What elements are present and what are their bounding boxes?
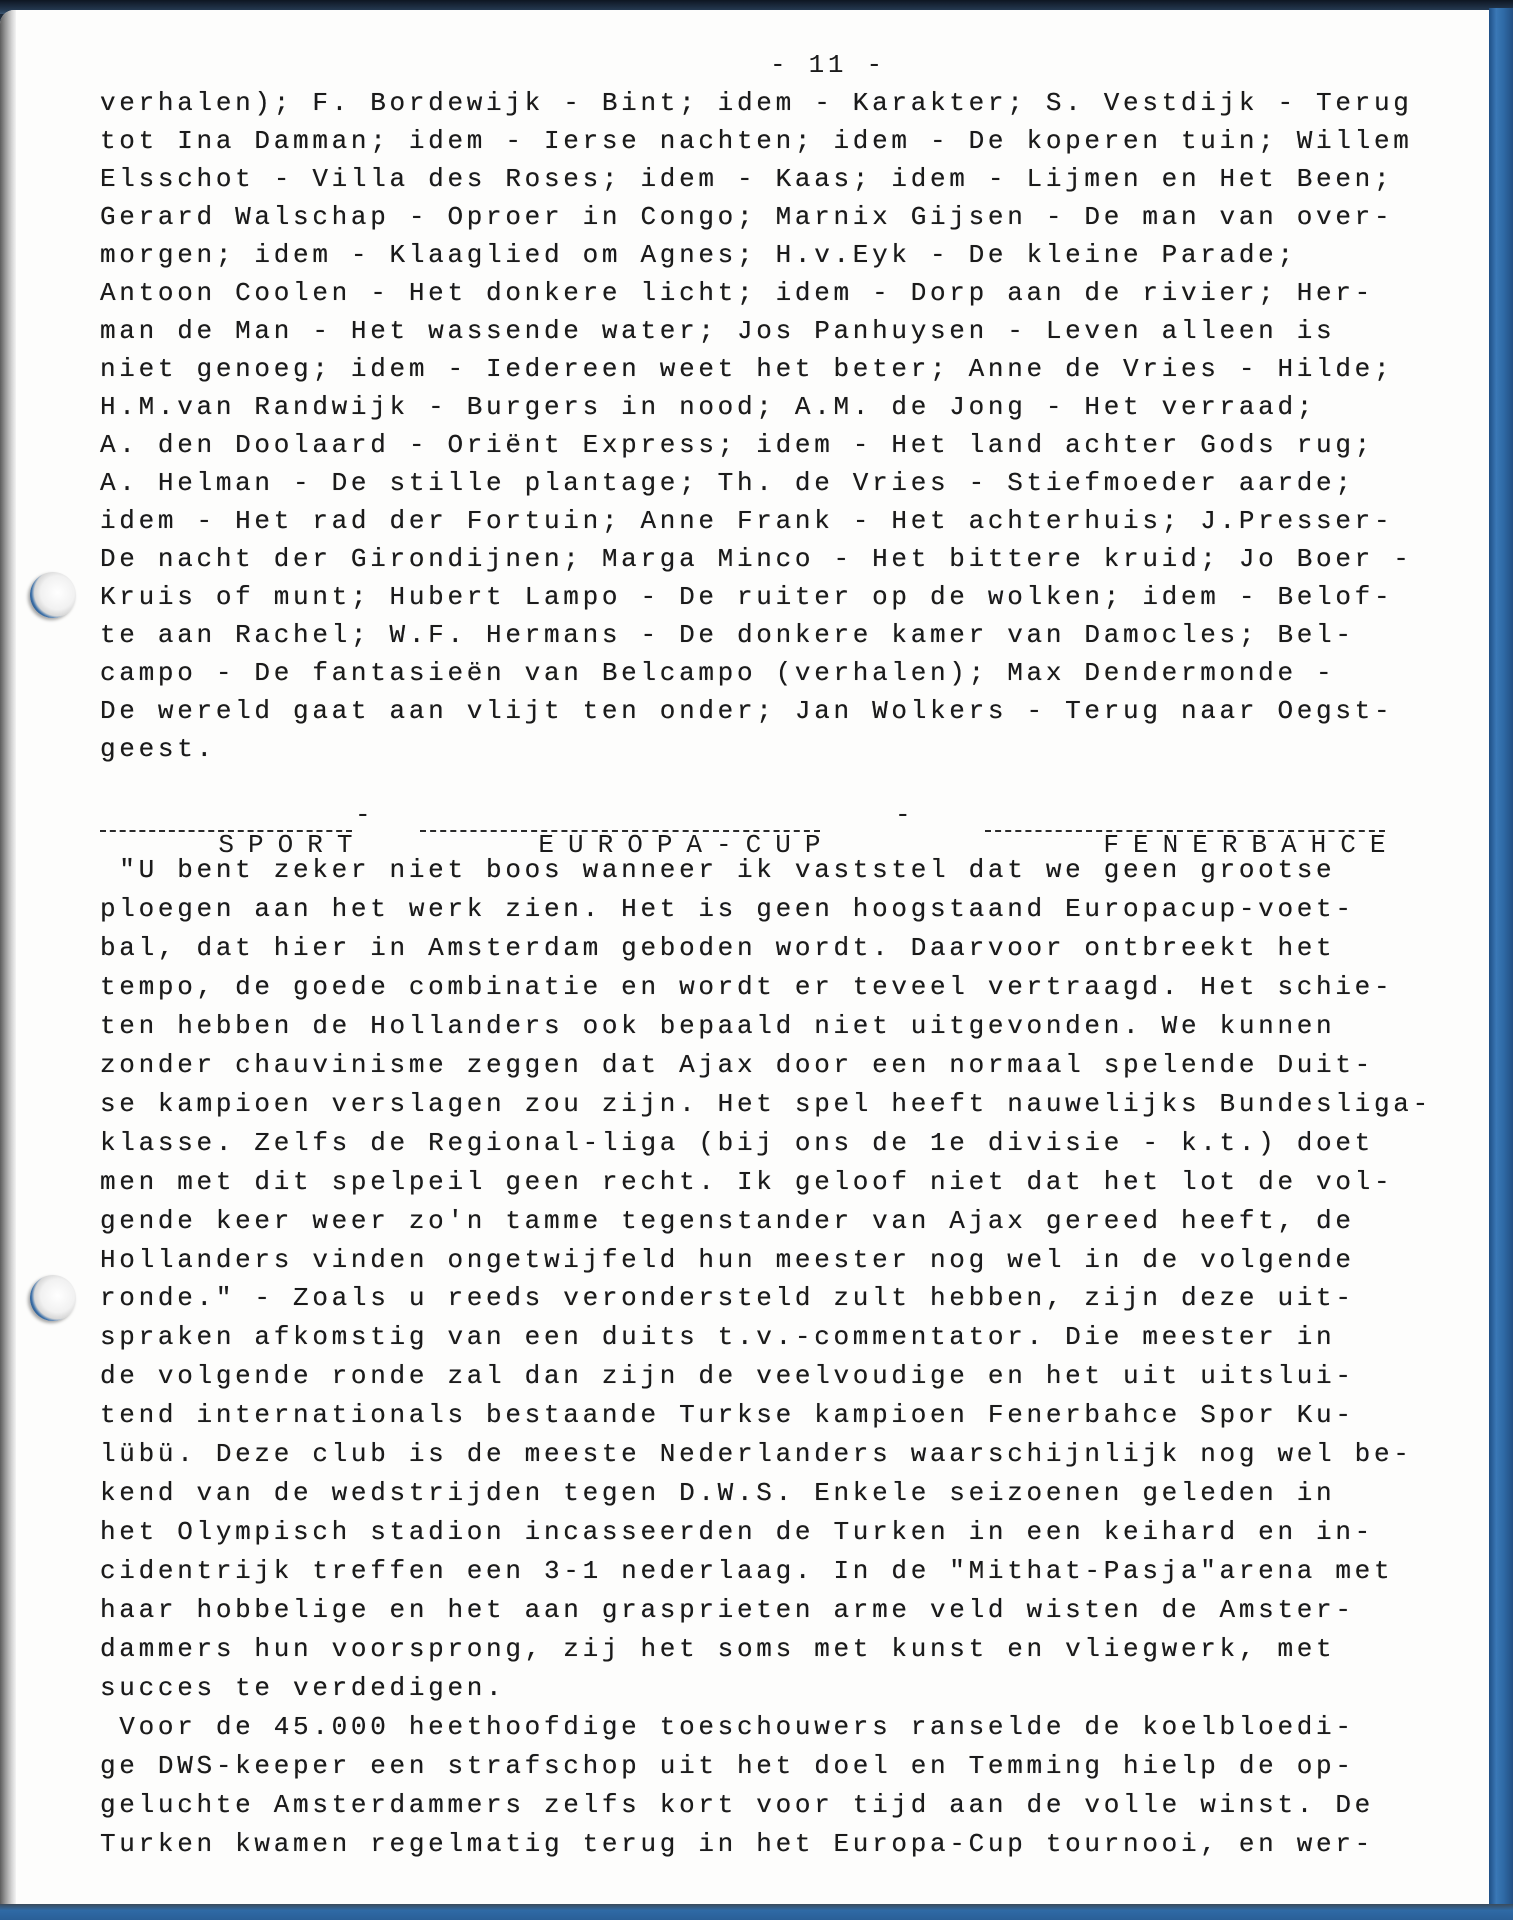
- page-text: - 11 - verhalen); F. Bordewijk - Bint; i…: [0, 0, 1513, 1920]
- text-line: bal, dat hier in Amsterdam geboden wordt…: [100, 933, 1335, 963]
- text-line: geluchte Amsterdammers zelfs kort voor t…: [100, 1790, 1374, 1820]
- text-line: H.M.van Randwijk - Burgers in nood; A.M.…: [100, 392, 1316, 422]
- text-line: te aan Rachel; W.F. Hermans - De donkere…: [100, 620, 1355, 650]
- text-line: ronde." - Zoals u reeds verondersteld zu…: [100, 1283, 1355, 1313]
- heading-underline: [100, 830, 352, 832]
- text-line: spraken afkomstig van een duits t.v.-com…: [100, 1322, 1335, 1352]
- text-line: ploegen aan het werk zien. Het is geen h…: [100, 894, 1355, 924]
- page-number: - 11 -: [770, 50, 886, 80]
- text-line: De wereld gaat aan vlijt ten onder; Jan …: [100, 696, 1393, 726]
- text-line: Elsschot - Villa des Roses; idem - Kaas;…: [100, 164, 1393, 194]
- text-line: het Olympisch stadion incasseerden de Tu…: [100, 1517, 1374, 1547]
- text-line: Antoon Coolen - Het donkere licht; idem …: [100, 278, 1374, 308]
- text-line: morgen; idem - Klaaglied om Agnes; H.v.E…: [100, 240, 1297, 270]
- text-line: Kruis of munt; Hubert Lampo - De ruiter …: [100, 582, 1393, 612]
- text-line: De nacht der Girondijnen; Marga Minco - …: [100, 544, 1413, 574]
- text-line: man de Man - Het wassende water; Jos Pan…: [100, 316, 1335, 346]
- text-line: men met dit spelpeil geen recht. Ik gelo…: [100, 1167, 1393, 1197]
- heading-separator: -: [895, 800, 925, 830]
- text-line: haar hobbelige en het aan grasprieten ar…: [100, 1595, 1355, 1625]
- text-line: de volgende ronde zal dan zijn de veelvo…: [100, 1361, 1355, 1391]
- text-line: campo - De fantasieën van Belcampo (verh…: [100, 658, 1335, 688]
- heading-underline: [420, 830, 820, 832]
- text-line: dammers hun voorsprong, zij het soms met…: [100, 1634, 1335, 1664]
- text-line: zonder chauvinisme zeggen dat Ajax door …: [100, 1050, 1374, 1080]
- text-line: ge DWS-keeper een strafschop uit het doe…: [100, 1751, 1355, 1781]
- text-line: Turken kwamen regelmatig terug in het Eu…: [100, 1829, 1374, 1859]
- text-line: "U bent zeker niet boos wanneer ik vasts…: [100, 855, 1335, 885]
- text-line: ten hebben de Hollanders ook bepaald nie…: [100, 1011, 1335, 1041]
- text-line: Voor de 45.000 heethoofdige toeschouwers…: [100, 1712, 1355, 1742]
- text-line: kend van de wedstrijden tegen D.W.S. Enk…: [100, 1478, 1335, 1508]
- text-line: tempo, de goede combinatie en wordt er t…: [100, 972, 1393, 1002]
- text-line: tend internationals bestaande Turkse kam…: [100, 1400, 1355, 1430]
- text-line: succes te verdedigen.: [100, 1673, 505, 1703]
- text-line: gende keer weer zo'n tamme tegenstander …: [100, 1206, 1355, 1236]
- text-line: se kampioen verslagen zou zijn. Het spel…: [100, 1089, 1432, 1119]
- text-line: A. den Doolaard - Oriënt Express; idem -…: [100, 430, 1374, 460]
- text-line: tot Ina Damman; idem - Ierse nachten; id…: [100, 126, 1413, 156]
- text-line: A. Helman - De stille plantage; Th. de V…: [100, 468, 1355, 498]
- text-line: lübü. Deze club is de meeste Nederlander…: [100, 1439, 1413, 1469]
- text-line: Hollanders vinden ongetwijfeld hun meest…: [100, 1245, 1355, 1275]
- text-line: verhalen); F. Bordewijk - Bint; idem - K…: [100, 88, 1413, 118]
- text-line: klasse. Zelfs de Regional-liga (bij ons …: [100, 1128, 1374, 1158]
- text-line: cidentrijk treffen een 3-1 nederlaag. In…: [100, 1556, 1393, 1586]
- text-line: niet genoeg; idem - Iedereen weet het be…: [100, 354, 1393, 384]
- text-line: idem - Het rad der Fortuin; Anne Frank -…: [100, 506, 1393, 536]
- heading-underline: [985, 830, 1385, 832]
- text-line: geest.: [100, 734, 216, 764]
- text-line: Gerard Walschap - Oproer in Congo; Marni…: [100, 202, 1393, 232]
- heading-separator: -: [355, 800, 385, 830]
